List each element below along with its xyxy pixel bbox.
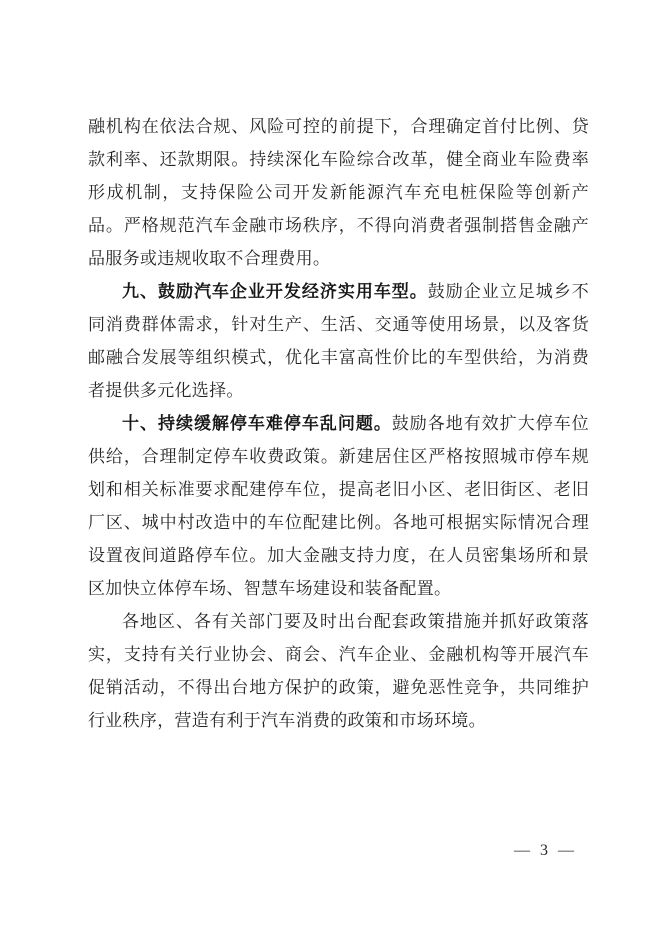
paragraph: 融机构在依法合规、风险可控的前提下，合理确定首付比例、贷款利率、还款期限。持续深… bbox=[88, 110, 589, 275]
paragraph-text: 鼓励各地有效扩大停车位供给，合理制定停车收费政策。新建居住区严格按照城市停车规划… bbox=[88, 414, 589, 598]
document-body: 融机构在依法合规、风险可控的前提下，合理确定首付比例、贷款利率、还款期限。持续深… bbox=[88, 110, 589, 737]
page-number: — 3 — bbox=[514, 842, 577, 860]
document-page: 融机构在依法合规、风险可控的前提下，合理确定首付比例、贷款利率、还款期限。持续深… bbox=[0, 0, 669, 946]
paragraph-lead: 十、持续缓解停车难停车乱问题。 bbox=[122, 414, 392, 433]
paragraph-text: 融机构在依法合规、风险可控的前提下，合理确定首付比例、贷款利率、还款期限。持续深… bbox=[88, 117, 589, 268]
paragraph: 十、持续缓解停车难停车乱问题。鼓励各地有效扩大停车位供给，合理制定停车收费政策。… bbox=[88, 407, 589, 605]
paragraph: 九、鼓励汽车企业开发经济实用车型。鼓励企业立足城乡不同消费群体需求，针对生产、生… bbox=[88, 275, 589, 407]
paragraph-text: 各地区、各有关部门要及时出台配套政策措施并抓好政策落实，支持有关行业协会、商会、… bbox=[88, 612, 589, 730]
paragraph-lead: 九、鼓励汽车企业开发经济实用车型。 bbox=[122, 282, 428, 301]
paragraph: 各地区、各有关部门要及时出台配套政策措施并抓好政策落实，支持有关行业协会、商会、… bbox=[88, 605, 589, 737]
